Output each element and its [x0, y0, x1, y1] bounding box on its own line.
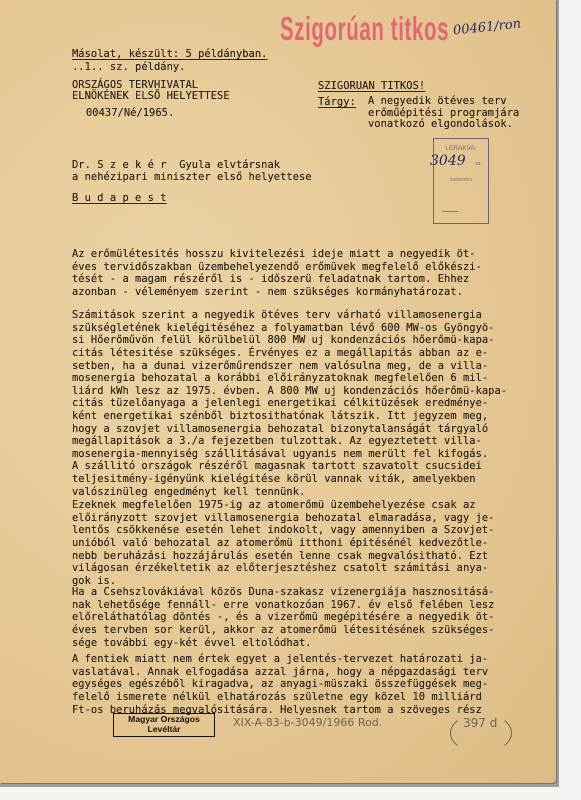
received-stamp-label: LERAKVA:	[434, 145, 488, 152]
archive-page-number: 397 d	[463, 716, 497, 730]
document-page: Szigorúan titkos 00461/ron Másolat, kész…	[0, 0, 556, 783]
addressee-city: B u d a p e s t	[72, 192, 167, 205]
copy-line: Másolat, készült: 5 példányban.	[72, 48, 267, 61]
received-stamp-sub: iratlartóba	[434, 177, 488, 183]
received-stamp-line	[442, 211, 458, 212]
received-stamp-number: 3049	[430, 153, 466, 169]
handwritten-reference: 00461/ron	[452, 16, 521, 38]
received-stamp-box: LERAKVA: 3049 sz. iratlartóba	[433, 138, 489, 224]
reference-number: 00437/Né/1965.	[86, 107, 174, 120]
addressee-line-1: Dr. S z e k é r Gyula elvtársnak	[72, 160, 280, 172]
addressee-line-2: a nehézipari miniszter első helyettese	[72, 172, 312, 184]
archive-stamp: Magyar Országos Levéltár	[113, 713, 215, 737]
subject-line-3: vonatkozó elgondolások.	[368, 119, 513, 131]
subject-label: Tárgy:	[318, 96, 356, 109]
archive-signature: XIX-A-83-b-3049/1966 Rod.	[233, 716, 382, 729]
received-stamp-suffix: sz.	[476, 161, 482, 167]
org-line-2: ELNÖKÉNEK ELSŐ HELYETTESE	[72, 91, 230, 102]
classification-stamp-red: Szigorúan titkos	[280, 10, 449, 48]
subject-line-1: A negyedik ötéves terv	[368, 96, 507, 108]
copy-number: ..1.. sz. példány.	[72, 61, 186, 74]
classification-heading: SZIGORUAN TITKOS!	[318, 80, 425, 93]
